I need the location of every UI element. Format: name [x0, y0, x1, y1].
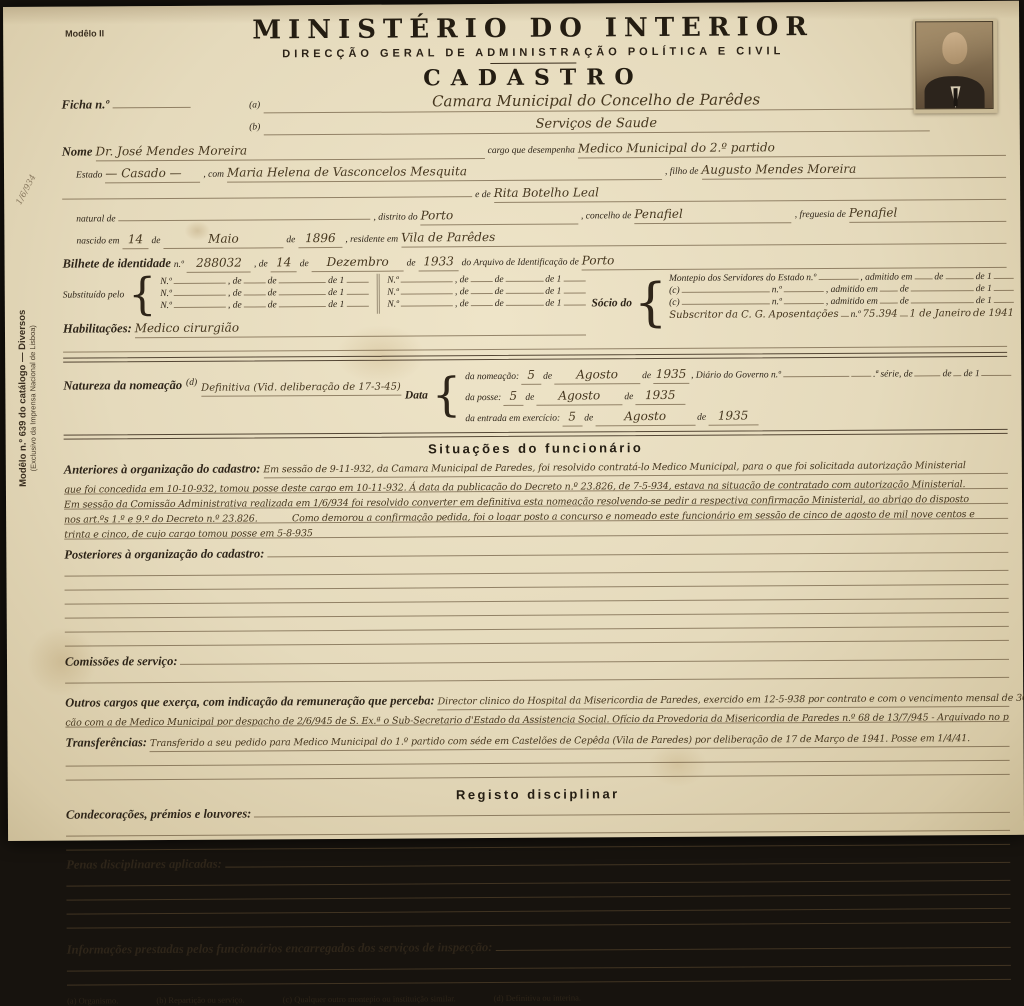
distrito-label: , distrito do	[373, 212, 417, 222]
outros-cargos-label: Outros cargos que exerça, com indicação …	[65, 693, 434, 710]
organismo-row: (a) Camara Municipal do Concelho de Parê…	[249, 89, 929, 113]
serie-dia-field	[915, 375, 941, 376]
blank-mes-field	[506, 305, 544, 306]
portrait-tie	[954, 88, 958, 106]
bilhete-numero-field: 288032	[187, 253, 251, 272]
footnote-ref-a: (a)	[249, 100, 260, 110]
posse-dia-field: 5	[503, 386, 523, 405]
cargo-value: Medico Municipal do 2.º partido	[578, 140, 775, 155]
freguesia-value: Penafiel	[849, 206, 898, 220]
blank-n-field	[401, 305, 453, 306]
socio-mes-field	[911, 290, 974, 291]
residencia-value: Vila de Parêdes	[401, 230, 495, 245]
posse-mes: Agosto	[558, 388, 600, 402]
blank-de2-label: de	[268, 276, 277, 286]
subscritor-n-label: n.º	[851, 310, 861, 320]
subscritor-org: Subscritor da C. G. Aposentações	[669, 309, 838, 321]
printer-margin-note: Modêlo n.º 639 do catálogo — Diversos (E…	[17, 310, 38, 487]
data-exercicio-row: da entrada em exercício: 5 de Agosto de …	[465, 404, 1012, 426]
servico-value: Serviços de Saude	[536, 116, 658, 132]
cargo-field: Medico Municipal do 2.º partido	[578, 137, 1006, 159]
arquivo-label: do Arquivo de Identificação de	[462, 257, 579, 268]
blank-ano-field	[346, 282, 368, 283]
residente-label: , residente em	[345, 235, 398, 245]
natureza-row: Natureza da nomeação (d) Definitiva (Vid…	[63, 360, 1007, 429]
nascido-em-label: nascido em	[76, 236, 119, 246]
exercicio-dia: 5	[568, 409, 576, 423]
blank-de-label: , de	[228, 277, 242, 287]
blank-n-field	[174, 295, 226, 296]
blank-n-label: N.º	[387, 276, 399, 286]
exercicio-de-label: de	[584, 413, 593, 423]
blank-de-label: , de	[228, 289, 242, 299]
posse-ano-de-label: de	[624, 392, 633, 402]
comissoes-label: Comissões de serviço:	[65, 654, 178, 670]
nome-field: Dr. José Mendes Moreira	[95, 140, 484, 161]
nomeacao-ano: 1935	[656, 366, 687, 380]
blank-mes-field	[506, 281, 544, 282]
blank-de-label: , de	[228, 301, 242, 311]
blank-ano-label: de 1	[328, 300, 344, 310]
diario-label: , Diário do Governo n.º	[691, 370, 781, 381]
socio-admitido-label: , admitido em	[826, 285, 878, 295]
natureza-value: Definitiva (Vid. deliberação de 17-3-45)	[201, 381, 401, 393]
montepio-de-label: de	[934, 272, 943, 282]
blank-id-row: N.º , de de de 1	[160, 276, 368, 287]
com-label: , com	[203, 170, 224, 180]
e-de-label: e de	[475, 190, 491, 200]
substituido-block: Substituído pelo { N.º , de de de 1 N.º	[63, 272, 592, 338]
blank-id-row: N.º , de de de 1	[160, 288, 368, 299]
blank-id-row: N.º , de de de 1	[387, 286, 585, 297]
habilitacoes-label: Habilitações:	[63, 321, 132, 336]
nomeacao-mes: Agosto	[576, 367, 618, 381]
nome-value: Dr. José Mendes Moreira	[95, 144, 247, 159]
nascido-de-label: de	[151, 236, 160, 246]
estado-row: Estado — Casado — , com Maria Helena de …	[76, 159, 1006, 184]
blank-de2-label: de	[495, 287, 504, 297]
naturalidade-row: natural de , distrito do Porto , concelh…	[76, 203, 1006, 228]
blank-de-label: , de	[455, 275, 469, 285]
ministry-title: MINISTÉRIO DO INTERIOR	[61, 11, 1005, 47]
nomeacao-dia-field: 5	[521, 365, 541, 384]
bilhete-dia-field: 14	[271, 253, 297, 272]
blank-dia-field	[244, 282, 266, 283]
exercicio-mes: Agosto	[624, 409, 666, 423]
socio-mes-field	[911, 302, 974, 303]
blank-ano-label: de 1	[545, 275, 561, 285]
nascido-dia-field: 14	[122, 230, 148, 249]
serie-label: .ª série, de	[873, 369, 913, 379]
exercicio-ano-de-label: de	[697, 412, 706, 422]
data-label: Data	[405, 390, 428, 402]
nomeacao-dia: 5	[527, 367, 535, 381]
blank-dia-field	[471, 281, 493, 282]
blank-n-field	[174, 307, 226, 308]
cargo-label: cargo que desempenha	[488, 146, 575, 157]
blank-ano-field	[563, 292, 585, 293]
nome-label: Nome	[62, 144, 93, 159]
condecoracoes-label: Condecorações, prémios e louvores:	[66, 806, 251, 822]
anteriores-label: Anteriores à organização do cadastro:	[64, 461, 261, 477]
bilhete-ano-field: 1933	[419, 252, 459, 271]
socio-block: Sócio do { Montepio dos Servidores do Es…	[591, 270, 1007, 335]
pai-value: Augusto Mendes Moreira	[701, 162, 856, 177]
nascido-ano-field: 1896	[298, 229, 342, 248]
blank-mes-field	[279, 306, 327, 307]
freguesia-label: , freguesia de	[795, 210, 846, 220]
bilhete-n-label: n.º	[174, 260, 184, 270]
montepio-mes-field	[945, 278, 973, 279]
arquivo-value: Porto	[582, 253, 615, 267]
socio-dia-field	[880, 291, 898, 292]
diario-n-field	[783, 375, 849, 376]
organismo-value: Camara Municipal do Concelho de Parêdes	[432, 90, 760, 110]
montepio-n-field	[818, 279, 858, 280]
nascido-ano-label: de	[286, 235, 295, 245]
blank-de-label: , de	[455, 287, 469, 297]
socio-de-label: de	[900, 284, 909, 294]
data-brace: {	[432, 375, 462, 417]
blank-id-row: N.º , de de de 1	[387, 274, 585, 285]
ficha-label: Ficha n.º	[62, 97, 110, 112]
transferencias-value: Transferido a seu pedido para Medico Mun…	[150, 733, 970, 749]
socio-c-row: (c) n.º , admitido em de de 1	[669, 296, 1014, 308]
servico-row: (b) Serviços de Saude	[249, 112, 929, 135]
outros-line: ção com a de Medico Municipal por despac…	[65, 710, 1009, 727]
nomeacao-mes-field: Agosto	[554, 365, 640, 385]
directorate-subtitle: DIRECÇÃO GERAL DE ADMINISTRAÇÃO POLÍTICA…	[61, 44, 1005, 62]
blank-n-label: N.º	[160, 301, 172, 311]
nascimento-row: nascido em 14 de Maio de 1896 , resident…	[76, 225, 1006, 250]
socio-c-label: (c)	[669, 286, 680, 296]
posse-mes-field: Agosto	[536, 386, 622, 406]
disciplinar-heading: Registo disciplinar	[66, 783, 1010, 804]
exercicio-label: da entrada em exercício:	[465, 413, 560, 424]
blank-n-field	[174, 283, 226, 284]
exercicio-mes-field: Agosto	[595, 406, 695, 426]
blank-n-field	[401, 293, 453, 294]
posse-dia: 5	[509, 388, 517, 402]
servico-field: Serviços de Saude	[263, 112, 929, 135]
blank-ano-label: de 1	[328, 288, 344, 298]
socio-c-field	[682, 303, 770, 305]
form-content: Modêlo II Modêlo n.º 639 do catálogo — D…	[61, 11, 1010, 833]
subscritor-row: Subscritor da C. G. Aposentações n.º 75.…	[669, 308, 1014, 321]
socio-ano-field	[994, 302, 1014, 303]
socio-c-row: (c) n.º , admitido em de de 1	[669, 284, 1014, 296]
subscritor-data: 1 de Janeiro	[910, 308, 971, 319]
bilhete-de2-label: de	[300, 259, 309, 269]
socio-brace: {	[634, 280, 667, 327]
socio-ano-label: de 1	[976, 284, 992, 294]
nomeacao-de-label: de	[543, 371, 552, 381]
conjuge-value: Maria Helena de Vasconcelos Mesquita	[227, 164, 467, 179]
blank-id-row: N.º , de de de 1	[387, 298, 585, 309]
organismo-field: Camara Municipal do Concelho de Parêdes	[263, 89, 929, 113]
blank-de2-label: de	[495, 299, 504, 309]
distrito-value: Porto	[421, 208, 454, 222]
blank-dia-field	[471, 305, 493, 306]
habilitacoes-row: Habilitações: Medico cirurgião	[63, 316, 586, 338]
montepio-admitido-label: , admitido em	[860, 272, 912, 282]
bilhete-ano: 1933	[423, 254, 454, 268]
montepio-label: Montepio dos Servidores do Estado	[669, 273, 804, 284]
bilhete-numero: 288032	[196, 256, 242, 270]
socio-c-field	[682, 291, 770, 293]
serie-de-label: de	[943, 369, 952, 379]
subscritor-ano: de 1941	[973, 308, 1014, 319]
natureza-ref: (d)	[186, 377, 197, 387]
natural-field	[119, 219, 371, 222]
posteriores-label: Posteriores à organização do cadastro:	[64, 546, 264, 562]
bilhete-socio-columns: Substituído pelo { N.º , de de de 1 N.º	[63, 270, 1007, 338]
residencia-field: Vila de Parêdes	[401, 225, 1006, 248]
estado-value: — Casado —	[105, 166, 181, 180]
blank-n-label: N.º	[387, 288, 399, 298]
blank-ano-label: de 1	[328, 276, 344, 286]
filho-de-label: , filho de	[665, 167, 699, 177]
habilitacoes-field: Medico cirurgião	[135, 316, 586, 338]
blank-de2-label: de	[495, 275, 504, 285]
blank-dia-field	[244, 306, 266, 307]
subscritor-gap-line	[900, 315, 908, 316]
substituido-brace: {	[128, 275, 156, 315]
concelho-label: , concelho de	[581, 211, 631, 221]
socio-ano-field	[994, 290, 1014, 291]
freguesia-field: Penafiel	[849, 203, 1007, 223]
pai-field: Augusto Mendes Moreira	[701, 159, 1006, 180]
serie-mes-field	[954, 375, 962, 376]
blank-mes-field	[279, 282, 327, 283]
natureza-label: Natureza da nomeação	[63, 378, 182, 394]
nomeacao-ano-de-label: de	[642, 371, 651, 381]
exercicio-dia-field: 5	[562, 407, 582, 426]
ficha-row: Ficha n.º (a) Camara Municipal do Concel…	[62, 92, 1006, 137]
socio-n-field	[784, 303, 824, 304]
data-rows: da nomeação: 5 de Agosto de 1935 , Diári…	[465, 360, 1012, 426]
nascido-mes-field: Maio	[163, 229, 283, 249]
distrito-field: Porto	[420, 205, 578, 225]
conjuge-field: Maria Helena de Vasconcelos Mesquita	[227, 161, 662, 183]
exercicio-ano: 1935	[718, 408, 749, 422]
bilhete-de-label: , de	[254, 259, 268, 269]
data-posse-row: da posse: 5 de Agosto de 1935	[465, 383, 1012, 405]
outros-line: Director clinico do Hospital da Miserico…	[438, 692, 1024, 707]
transferencias-label: Transferências:	[65, 735, 147, 750]
bilhete-dia: 14	[276, 255, 291, 269]
mae-spacer-field	[62, 196, 472, 200]
substituido-col-1: N.º , de de de 1 N.º , de de de 1	[160, 274, 379, 315]
posse-de-label: de	[525, 392, 534, 402]
portrait-photo	[913, 19, 998, 114]
blank-dia-field	[471, 293, 493, 294]
socio-label: Sócio do	[591, 297, 632, 309]
blank-n-field	[401, 281, 453, 282]
nascido-ano: 1896	[305, 231, 336, 245]
montepio-n-label: n.º	[806, 273, 816, 283]
estado-label: Estado	[76, 170, 102, 180]
socio-admitido-label: , admitido em	[826, 297, 878, 307]
substituido-label: Substituído pelo	[63, 290, 125, 300]
mae-row: e de Rita Botelho Leal	[62, 181, 1006, 206]
blank-ano-field	[346, 294, 368, 295]
nomeacao-label: da nomeação:	[465, 371, 519, 381]
mae-value: Rita Botelho Leal	[494, 185, 599, 200]
substituido-col-2: N.º , de de de 1 N.º , de de de 1	[379, 272, 585, 313]
montepio-dia-field	[914, 278, 932, 279]
portrait-head	[942, 32, 967, 64]
bilhete-de3-label: de	[407, 258, 416, 268]
blank-n-label: N.º	[160, 277, 172, 287]
footnote-ref-b: (b)	[249, 122, 260, 132]
blank-ano-field	[563, 304, 585, 305]
printer-note-line2: (Exclusivo da Imprensa Nacional de Lisbo…	[28, 310, 38, 487]
montepio-ano-field	[994, 278, 1014, 279]
subscritor-strike-line	[841, 316, 849, 317]
habilitacoes-value: Medico cirurgião	[135, 320, 239, 335]
nascido-dia: 14	[128, 232, 143, 246]
socio-c-label: (c)	[669, 298, 680, 308]
model-label: Modêlo II	[65, 28, 104, 38]
blank-n-label: N.º	[387, 300, 399, 310]
exercicio-ano-field: 1935	[708, 406, 758, 425]
scanned-form-page: Modêlo II Modêlo n.º 639 do catálogo — D…	[3, 1, 1024, 841]
bilhete-mes: Dezembro	[327, 255, 389, 269]
montepio-row: Montepio dos Servidores do Estado n.º , …	[669, 272, 1014, 284]
blank-ano-field	[346, 306, 368, 307]
bilhete-mes-field: Dezembro	[312, 253, 404, 273]
blank-de2-label: de	[268, 288, 277, 298]
blank-de2-label: de	[268, 300, 277, 310]
socio-de-label: de	[900, 296, 909, 306]
arquivo-field: Porto	[582, 249, 1007, 271]
ficha-number-field	[112, 107, 190, 108]
blank-ano-label: de 1	[545, 299, 561, 309]
socio-dia-field	[880, 303, 898, 304]
data-nomeacao-row: da nomeação: 5 de Agosto de 1935 , Diári…	[465, 362, 1012, 384]
anteriores-line: Em sessão de 9-11-932, da Camara Municip…	[263, 460, 965, 475]
socio-rows: Montepio dos Servidores do Estado n.º , …	[669, 270, 1014, 335]
anteriores-line: trinta e cinco, de cujo cargo tomou poss…	[64, 528, 313, 540]
nome-row: Nome Dr. José Mendes Moreira cargo que d…	[62, 137, 1006, 162]
posse-ano: 1935	[645, 387, 676, 401]
montepio-ano-label: de 1	[976, 272, 992, 282]
blank-de-label: , de	[455, 299, 469, 309]
mae-field: Rita Botelho Leal	[494, 181, 1007, 203]
blank-id-row: N.º , de de de 1	[160, 300, 368, 311]
socio-ano-label: de 1	[976, 296, 992, 306]
nascido-mes: Maio	[208, 232, 239, 246]
subscritor-numero: 75.394	[863, 309, 898, 320]
nomeacao-ano-field: 1935	[653, 364, 689, 383]
socio-n-label: n.º	[772, 285, 782, 295]
serie-ano-field	[982, 374, 1012, 375]
socio-n-field	[784, 291, 824, 292]
concelho-value: Penafiel	[634, 207, 683, 221]
concelho-field: Penafiel	[634, 204, 792, 224]
portrait-photo-image	[915, 21, 994, 109]
serie-n-field	[851, 375, 871, 376]
blank-ano-field	[563, 280, 585, 281]
blank-n-label: N.º	[160, 289, 172, 299]
natureza-field: Definitiva (Vid. deliberação de 17-3-45)	[201, 376, 401, 396]
serie-ano-label: de 1	[964, 369, 980, 379]
blank-dia-field	[244, 294, 266, 295]
estado-field: — Casado —	[105, 164, 200, 184]
natural-de-label: natural de	[76, 214, 115, 224]
pencil-margin-note: 1/6/934	[14, 173, 38, 207]
blank-ano-label: de 1	[545, 287, 561, 297]
posse-label: da posse:	[465, 393, 501, 403]
socio-n-label: n.º	[772, 297, 782, 307]
blank-mes-field	[279, 294, 327, 295]
posse-ano-field: 1935	[635, 385, 685, 404]
blank-mes-field	[506, 293, 544, 294]
